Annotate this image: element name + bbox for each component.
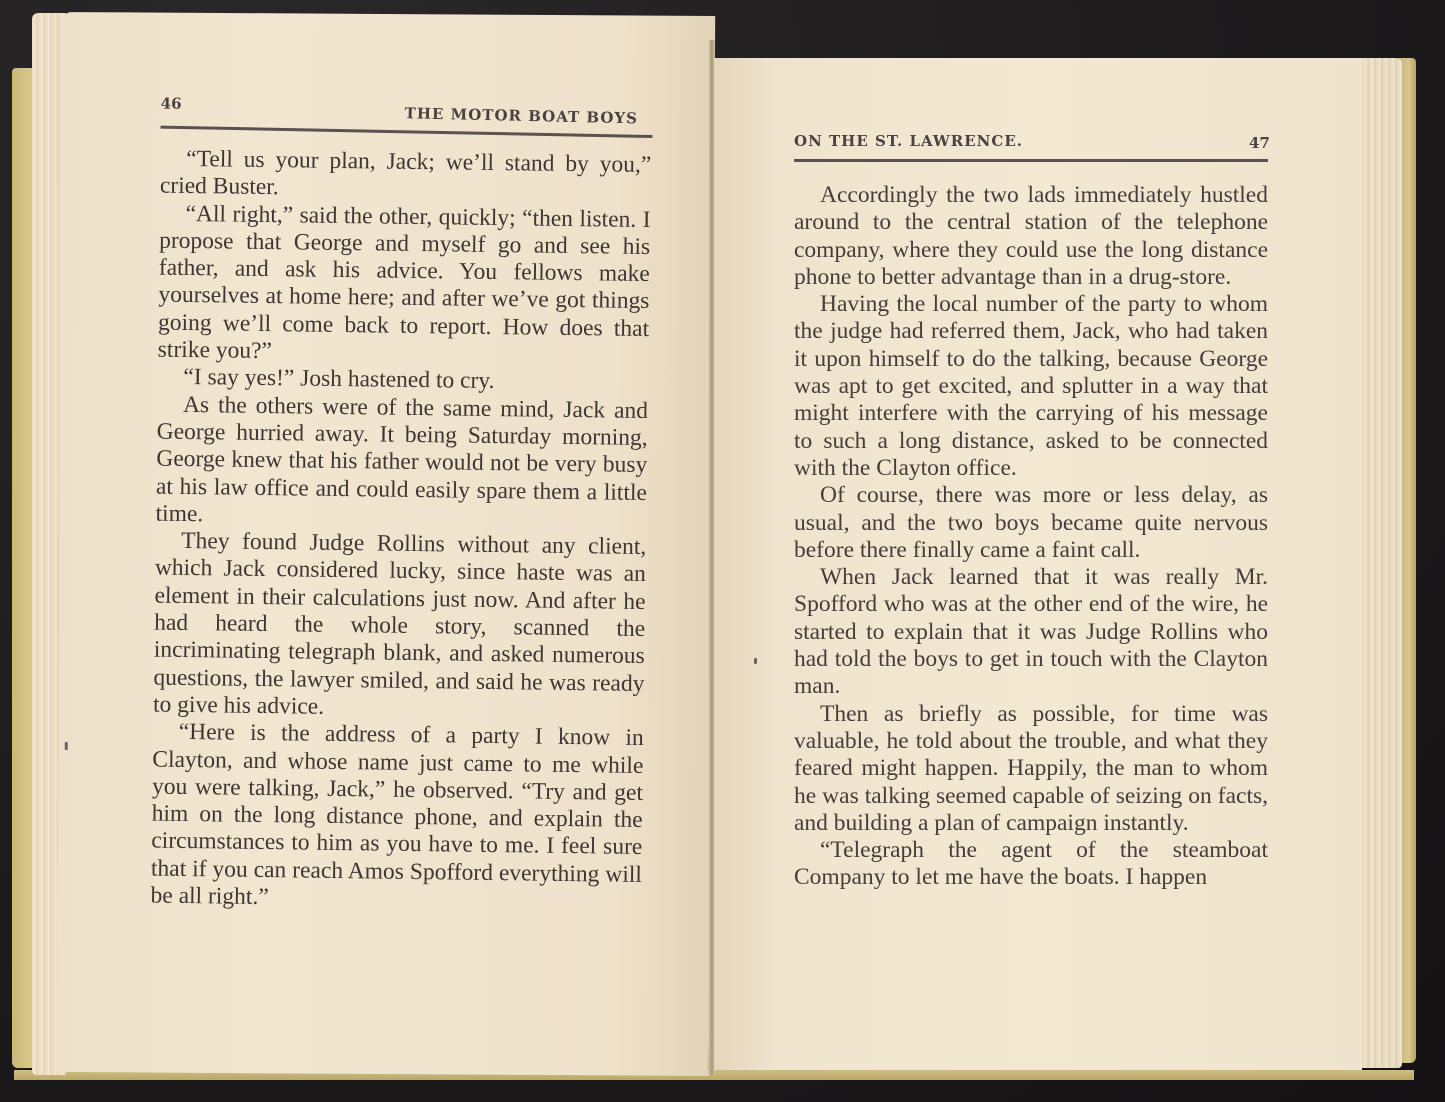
running-head-left: THE MOTOR BOAT BOYS <box>404 104 638 127</box>
page-block-right-edges <box>1356 58 1402 1068</box>
header-rule-left <box>160 126 652 138</box>
right-page-body: Accordingly the two lads immediately hus… <box>794 182 1268 892</box>
left-page-body: “Tell us your plan, Jack; we’ll stand by… <box>150 146 651 917</box>
paragraph: Having the local number of the party to … <box>794 291 1268 482</box>
paragraph: Then as briefly as possible, for time wa… <box>794 701 1268 837</box>
running-head-right: ON THE ST. LAWRENCE. <box>794 132 1023 150</box>
paragraph: Of course, there was more or less delay,… <box>794 482 1268 564</box>
right-page: ON THE ST. LAWRENCE. 47 Accordingly the … <box>714 58 1362 1070</box>
paragraph: As the others were of the same mind, Jac… <box>155 391 648 534</box>
page-number-right: 47 <box>1249 134 1270 152</box>
page-blemish <box>754 658 757 664</box>
paragraph: They found Judge Rollins without any cli… <box>153 528 646 725</box>
page-number-left: 46 <box>161 95 182 113</box>
paragraph: “All right,” said the other, quickly; “t… <box>158 200 651 370</box>
paragraph: “Tell us your plan, Jack; we’ll stand by… <box>160 146 652 207</box>
paragraph: “Telegraph the agent of the steamboat Co… <box>794 837 1268 892</box>
page-blemish <box>65 742 68 750</box>
paragraph: When Jack learned that it was really Mr.… <box>794 564 1268 700</box>
paragraph: Accordingly the two lads immediately hus… <box>794 182 1268 291</box>
header-rule-right <box>794 159 1268 162</box>
paragraph: “Here is the address of a party I know i… <box>150 719 643 916</box>
left-page: 46 THE MOTOR BOAT BOYS “Tell us your pla… <box>57 12 715 1076</box>
